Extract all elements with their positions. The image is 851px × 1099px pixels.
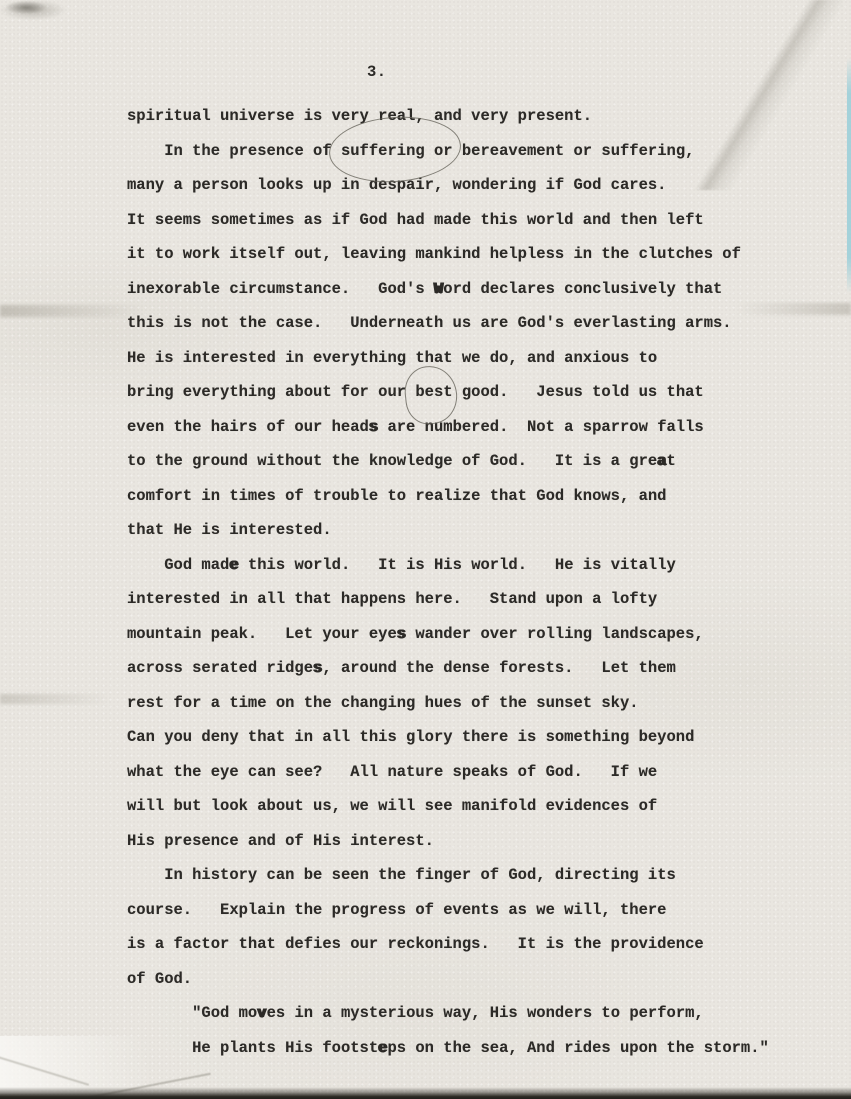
typed-line: mountain peak. Let your eyes wander over… [127, 617, 769, 652]
typed-text-segment: inexorable circumstance. God's [127, 280, 434, 298]
typed-text-segment: are numbered. Not a sparrow falls [378, 418, 704, 436]
typed-line: even the hairs of our heads are numbered… [127, 410, 769, 445]
typed-text-segment: will but look about us, we will see mani… [127, 797, 657, 815]
typed-line: will but look about us, we will see mani… [127, 789, 769, 824]
typed-line: spiritual universe is very real, and ver… [127, 99, 769, 134]
typed-line: He is interested in everything that we d… [127, 341, 769, 376]
typed-text-segment: course. Explain the progress of events a… [127, 901, 667, 919]
pencil-circled-text: suffering or [341, 134, 453, 169]
typed-text-segment: this is not the case. Underneath us are … [127, 314, 732, 332]
typed-text-segment: this world. It is His world. He is vital… [239, 556, 676, 574]
overstruck-character: s [397, 625, 406, 643]
typed-text-segment: even the hairs of our head [127, 418, 369, 436]
typed-text-segment: spiritual universe is very real, and ver… [127, 107, 592, 125]
scanned-typewritten-page: 3. spiritual universe is very real, and … [0, 0, 851, 1099]
typed-line: His presence and of His interest. [127, 824, 769, 859]
typed-line: In history can be seen the finger of God… [127, 858, 769, 893]
typed-text-segment: across serated ridge [127, 659, 313, 677]
typed-line: across serated ridges, around the dense … [127, 651, 769, 686]
typed-line: what the eye can see? All nature speaks … [127, 755, 769, 790]
pencil-circled-text: best [415, 375, 452, 410]
typed-text-segment: wander over rolling landscapes, [406, 625, 704, 643]
scan-streak-left [0, 305, 145, 317]
typed-line: "God moves in a mysterious way, His wond… [127, 996, 769, 1031]
typed-text-segment: "God mo [192, 1004, 257, 1022]
page-number: 3. [367, 63, 387, 81]
typed-text-segment: ps on the sea, And rides upon the storm.… [387, 1039, 768, 1057]
paper-fold-bottom-left [0, 1036, 240, 1094]
typed-text-segment: what the eye can see? All nature speaks … [127, 763, 657, 781]
typed-text-segment: His presence and of His interest. [127, 832, 434, 850]
typed-text-segment: t [667, 452, 676, 470]
typed-text-segment: bereavement or suffering, [453, 142, 695, 160]
typed-text-segment: rest for a time on the changing hues of … [127, 694, 639, 712]
typed-line: of God. [127, 962, 769, 997]
typed-text-segment: mountain peak. Let your eye [127, 625, 397, 643]
typed-line: inexorable circumstance. God's Word decl… [127, 272, 769, 307]
overstruck-character: v [257, 1004, 266, 1022]
typed-text-segment: Can you deny that in all this glory ther… [127, 728, 694, 746]
scan-streak-lower-left [0, 694, 110, 704]
typed-line: is a factor that defies our reckonings. … [127, 927, 769, 962]
overstruck-character: s [369, 418, 378, 436]
overstruck-character: e [229, 556, 238, 574]
typed-text-segment: interested in all that happens here. Sta… [127, 590, 657, 608]
typed-text-segment: In history can be seen the finger of God… [164, 866, 676, 884]
typed-text-segment: of God. [127, 970, 192, 988]
typed-line: God made this world. It is His world. He… [127, 548, 769, 583]
typed-text-segment: comfort in times of trouble to realize t… [127, 487, 667, 505]
typed-text-segment: good. Jesus told us that [453, 383, 704, 401]
typed-text-segment: to the ground without the knowledge of G… [127, 452, 657, 470]
scan-smudge-top-left [0, 0, 85, 26]
typed-text-body: spiritual universe is very real, and ver… [127, 99, 769, 1065]
overstruck-character: s [313, 659, 322, 677]
typed-text-segment: It seems sometimes as if God had made th… [127, 211, 704, 229]
typed-line: bring everything about for our best good… [127, 375, 769, 410]
typed-line: comfort in times of trouble to realize t… [127, 479, 769, 514]
typed-text-segment: many a person looks up in despair, wonde… [127, 176, 667, 194]
typed-text-segment: He is interested in everything that we d… [127, 349, 657, 367]
typed-line: this is not the case. Underneath us are … [127, 306, 769, 341]
typed-text-segment: it to work itself out, leaving mankind h… [127, 245, 741, 263]
typed-line: it to work itself out, leaving mankind h… [127, 237, 769, 272]
typed-line: many a person looks up in despair, wonde… [127, 168, 769, 203]
typed-line: In the presence of suffering or bereavem… [127, 134, 769, 169]
typed-text-segment: is a factor that defies our reckonings. … [127, 935, 704, 953]
overstruck-character: W [434, 280, 443, 298]
typed-text-segment: In the presence of [164, 142, 341, 160]
scan-edge-bottom-dark-band [0, 1087, 851, 1099]
typed-line: to the ground without the knowledge of G… [127, 444, 769, 479]
typed-text-segment: , around the dense forests. Let them [322, 659, 675, 677]
typed-text-segment: God mad [164, 556, 229, 574]
typed-text-segment: ord declares conclusively that [443, 280, 722, 298]
overstruck-character: a [657, 452, 666, 470]
scan-edge-cyan-sliver [847, 58, 851, 293]
typed-line: course. Explain the progress of events a… [127, 893, 769, 928]
typed-line: rest for a time on the changing hues of … [127, 686, 769, 721]
typed-text-segment: es in a mysterious way, His wonders to p… [267, 1004, 704, 1022]
typed-line: It seems sometimes as if God had made th… [127, 203, 769, 238]
typed-text-segment: that He is interested. [127, 521, 332, 539]
typed-line: that He is interested. [127, 513, 769, 548]
typed-text-segment: bring everything about for our [127, 383, 415, 401]
typed-line: interested in all that happens here. Sta… [127, 582, 769, 617]
typed-line: Can you deny that in all this glory ther… [127, 720, 769, 755]
